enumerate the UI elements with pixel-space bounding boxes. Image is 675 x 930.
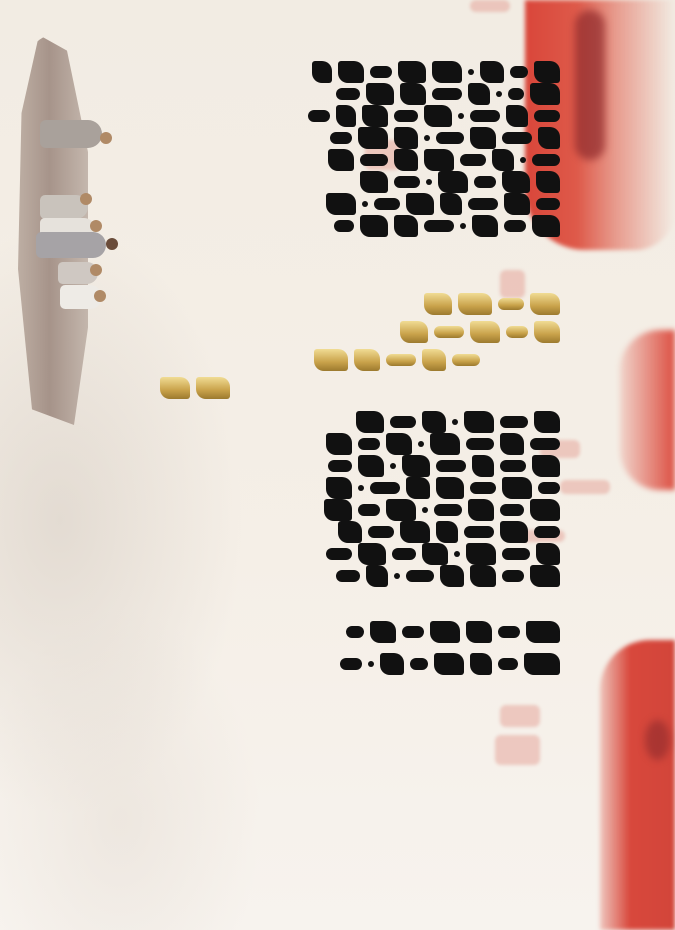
calligraphy-column xyxy=(346,615,560,649)
red-watercolor-wash-bottom xyxy=(600,640,675,930)
gold-calligraphy-column xyxy=(314,343,480,377)
figure-head xyxy=(80,193,92,205)
calligraphy-text-block xyxy=(130,55,560,675)
pink-wash-mark xyxy=(495,735,540,765)
artwork-description: Chinese calligraphy poster (rotated 90°) xyxy=(0,0,1,1)
pink-wash-mark xyxy=(470,0,510,12)
dark-red-ink-blot xyxy=(575,10,605,160)
calligraphy-column xyxy=(336,559,560,593)
calligraphy-column xyxy=(340,647,560,681)
red-watercolor-wash-middle xyxy=(620,330,675,490)
figure-standing xyxy=(36,232,106,258)
figure-head xyxy=(90,264,102,276)
gold-calligraphy-column xyxy=(160,371,230,405)
figure-head xyxy=(90,220,102,232)
figure-head xyxy=(100,132,112,144)
pink-wash-mark xyxy=(560,480,610,494)
calligraphy-column xyxy=(334,209,560,243)
calligraphy-poster: Chinese calligraphy poster (rotated 90°) xyxy=(0,0,675,930)
figure-rower xyxy=(40,120,102,148)
dark-red-ink-blot xyxy=(645,720,670,760)
figure-head xyxy=(106,238,118,250)
figure-head xyxy=(94,290,106,302)
pink-wash-mark xyxy=(500,705,540,727)
